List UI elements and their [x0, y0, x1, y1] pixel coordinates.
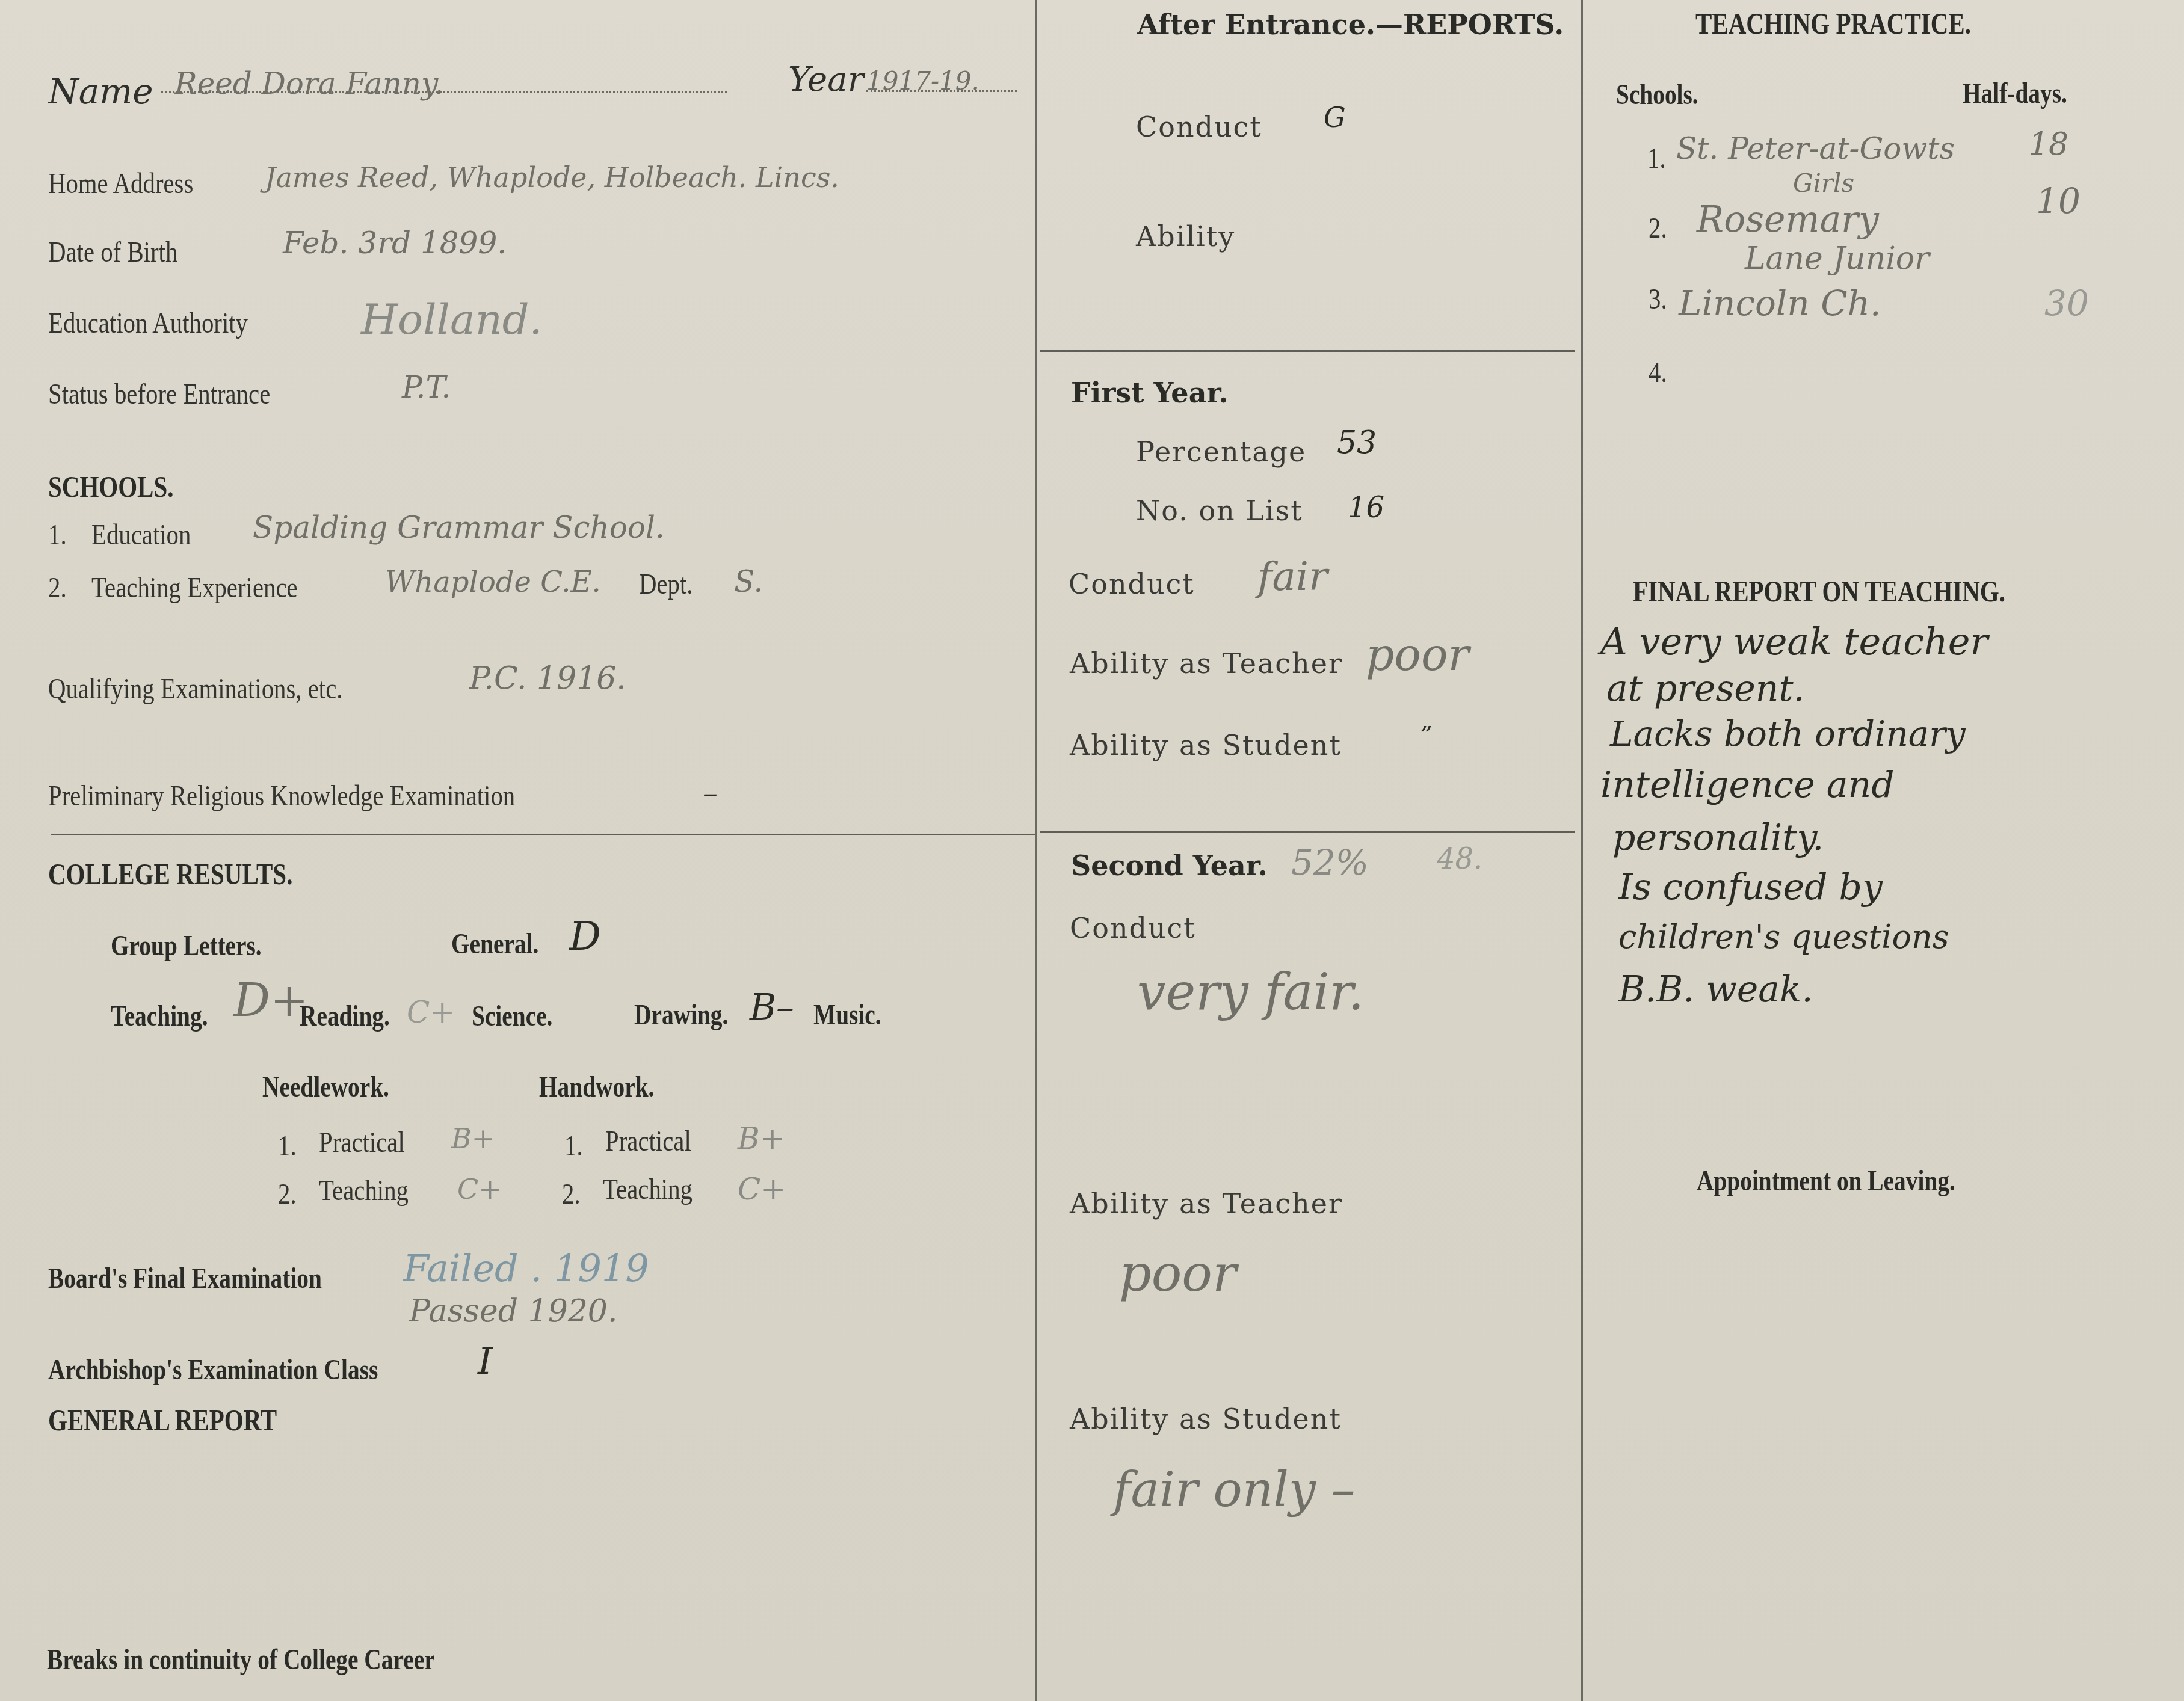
general-label: General. [451, 927, 538, 961]
first-year-list-label: No. on List [1136, 494, 1303, 527]
needlework-teaching-label: Teaching [319, 1174, 409, 1207]
drawing-grade: B– [750, 986, 794, 1029]
handwork-heading: Handwork. [539, 1071, 654, 1104]
breaks-in-continuity-label: Breaks in continuity of College Career [47, 1643, 435, 1676]
practice-row-3-halfdays: 30 [2044, 283, 2089, 324]
final-report-line-2: at present. [1606, 668, 1805, 710]
schools-heading: SCHOOLS. [48, 469, 173, 504]
student-record-card: Name Reed Dora Fanny. Year 1917-19. Home… [0, 0, 2184, 1701]
final-report-line-3: Lacks both ordinary [1610, 713, 1966, 754]
status-value: P.T. [402, 370, 451, 405]
college-results-heading: COLLEGE RESULTS. [48, 857, 292, 891]
practice-row-1-school: St. Peter-at-Gowts [1676, 131, 1955, 166]
first-year-teacher-value: poor [1366, 629, 1469, 681]
first-year-conduct-label: Conduct [1069, 568, 1195, 600]
final-report-line-8: B.B. weak. [1618, 968, 1813, 1010]
group-letters-label: Group Letters. [111, 929, 262, 962]
handwork-teaching-label: Teaching [603, 1173, 693, 1206]
dept-label: Dept. [639, 568, 693, 601]
final-report-line-7: children's questions [1618, 918, 1949, 956]
home-address-label: Home Address [48, 167, 193, 200]
second-year-student-value: fair only – [1113, 1462, 1355, 1518]
final-report-line-6: Is confused by [1618, 866, 1883, 908]
archbishop-class: I [478, 1339, 493, 1383]
education-value: Spalding Grammar School. [253, 510, 665, 545]
reading-grade: C+ [407, 995, 455, 1030]
entrance-ability-label: Ability [1136, 220, 1235, 253]
first-year-heading: First Year. [1071, 377, 1228, 409]
dept-value: S. [734, 564, 763, 599]
practice-row-2-school: Rosemary [1697, 198, 1879, 241]
authority-value: Holland. [361, 295, 543, 344]
section-divider-left [51, 834, 1035, 835]
boards-final-failed: Failed . 1919 [403, 1246, 649, 1290]
final-report-heading: FINAL REPORT ON TEACHING. [1633, 574, 2005, 609]
home-address-value: James Reed, Whaplode, Holbeach. Lincs. [265, 161, 839, 194]
authority-label: Education Authority [48, 307, 248, 340]
status-label: Status before Entrance [48, 378, 270, 411]
practice-row-2-halfdays: 10 [2036, 180, 2081, 221]
final-report-line-1: A very weak teacher [1600, 620, 1988, 663]
practice-row-2-number: 2. [1649, 212, 1667, 245]
dob-value: Feb. 3rd 1899. [283, 226, 507, 260]
needlework-practical-label: Practical [319, 1126, 405, 1159]
first-year-conduct-value: fair [1257, 553, 1327, 600]
needlework-practical-grade: B+ [451, 1122, 495, 1155]
needlework-heading: Needlework. [262, 1071, 389, 1104]
first-year-student-value: ” [1420, 722, 1432, 749]
handwork-practical-grade: B+ [738, 1121, 785, 1156]
final-report-line-5: personality. [1612, 817, 1824, 859]
second-year-heading: Second Year. [1071, 849, 1268, 882]
teaching-experience-label: Teaching Experience [91, 571, 298, 604]
first-year-percentage-value: 53 [1337, 425, 1377, 461]
practice-row-2-note: Lane Junior [1745, 241, 1930, 277]
first-year-percentage-label: Percentage [1136, 435, 1306, 468]
year-value: 1917-19. [866, 66, 979, 96]
needlework-teaching-number: 2. [278, 1178, 297, 1211]
section-divider-entrance [1040, 350, 1575, 352]
dob-label: Date of Birth [48, 236, 177, 269]
teaching-grade-label: Teaching. [111, 1000, 208, 1033]
section-divider-first-year [1040, 831, 1575, 833]
column-divider-right [1581, 0, 1583, 1701]
qualifying-value: P.C. 1916. [469, 660, 626, 697]
second-year-conduct-label: Conduct [1070, 912, 1196, 944]
teaching-experience-value: Whaplode C.E. [385, 565, 601, 599]
religious-exam-label: Preliminary Religious Knowledge Examinat… [48, 780, 515, 813]
second-year-list: 48. [1437, 842, 1482, 876]
second-year-percentage: 52% [1291, 842, 1369, 883]
handwork-teaching-grade: C+ [738, 1172, 786, 1207]
reading-grade-label: Reading. [300, 1000, 390, 1033]
archbishop-label: Archbishop's Examination Class [48, 1353, 378, 1386]
column-divider-left [1035, 0, 1037, 1701]
needlework-teaching-grade: C+ [457, 1173, 502, 1205]
first-year-teacher-label: Ability as Teacher [1070, 647, 1343, 680]
handwork-practical-number: 1. [564, 1130, 583, 1163]
boards-final-passed: Passed 1920. [409, 1293, 617, 1329]
education-number: 1. [48, 518, 67, 552]
first-year-list-value: 16 [1348, 491, 1384, 524]
appointment-on-leaving-label: Appointment on Leaving. [1697, 1164, 1955, 1198]
general-grade: D [569, 913, 601, 959]
teaching-experience-number: 2. [48, 571, 67, 604]
general-report-heading: GENERAL REPORT [48, 1403, 277, 1438]
practice-row-4-number: 4. [1649, 356, 1667, 389]
religious-exam-value: – [703, 776, 718, 811]
reports-heading: After Entrance.—REPORTS. [1137, 8, 1564, 41]
music-grade-label: Music. [813, 998, 881, 1032]
halfdays-column-header: Half-days. [1963, 77, 2067, 110]
handwork-practical-label: Practical [605, 1125, 691, 1158]
teaching-grade: D+ [233, 973, 309, 1027]
education-label: Education [91, 518, 191, 552]
practice-row-1-note: Girls [1793, 168, 1854, 198]
boards-final-label: Board's Final Examination [48, 1262, 322, 1295]
name-value: Reed Dora Fanny. [174, 66, 444, 101]
handwork-teaching-number: 2. [562, 1178, 581, 1211]
qualifying-label: Qualifying Examinations, etc. [48, 672, 342, 706]
schools-column-header: Schools. [1616, 78, 1698, 111]
practice-row-1-halfdays: 18 [2029, 126, 2068, 162]
drawing-grade-label: Drawing. [634, 998, 728, 1032]
practice-row-1-number: 1. [1647, 142, 1666, 175]
final-report-line-4: intelligence and [1600, 764, 1895, 806]
science-grade-label: Science. [472, 1000, 552, 1033]
second-year-teacher-label: Ability as Teacher [1070, 1187, 1343, 1220]
entrance-conduct-value: G [1324, 101, 1346, 134]
year-label: Year [788, 60, 863, 99]
second-year-teacher-value: poor [1119, 1244, 1236, 1303]
teaching-practice-heading: TEACHING PRACTICE. [1695, 6, 1971, 41]
second-year-conduct-value: very fair. [1137, 962, 1364, 1021]
practice-row-3-school: Lincoln Ch. [1679, 283, 1881, 324]
practice-row-3-number: 3. [1649, 283, 1667, 316]
name-label: Name [48, 71, 153, 112]
entrance-conduct-label: Conduct [1136, 111, 1262, 143]
needlework-practical-number: 1. [278, 1130, 297, 1163]
second-year-student-label: Ability as Student [1070, 1403, 1342, 1435]
first-year-student-label: Ability as Student [1070, 729, 1342, 761]
